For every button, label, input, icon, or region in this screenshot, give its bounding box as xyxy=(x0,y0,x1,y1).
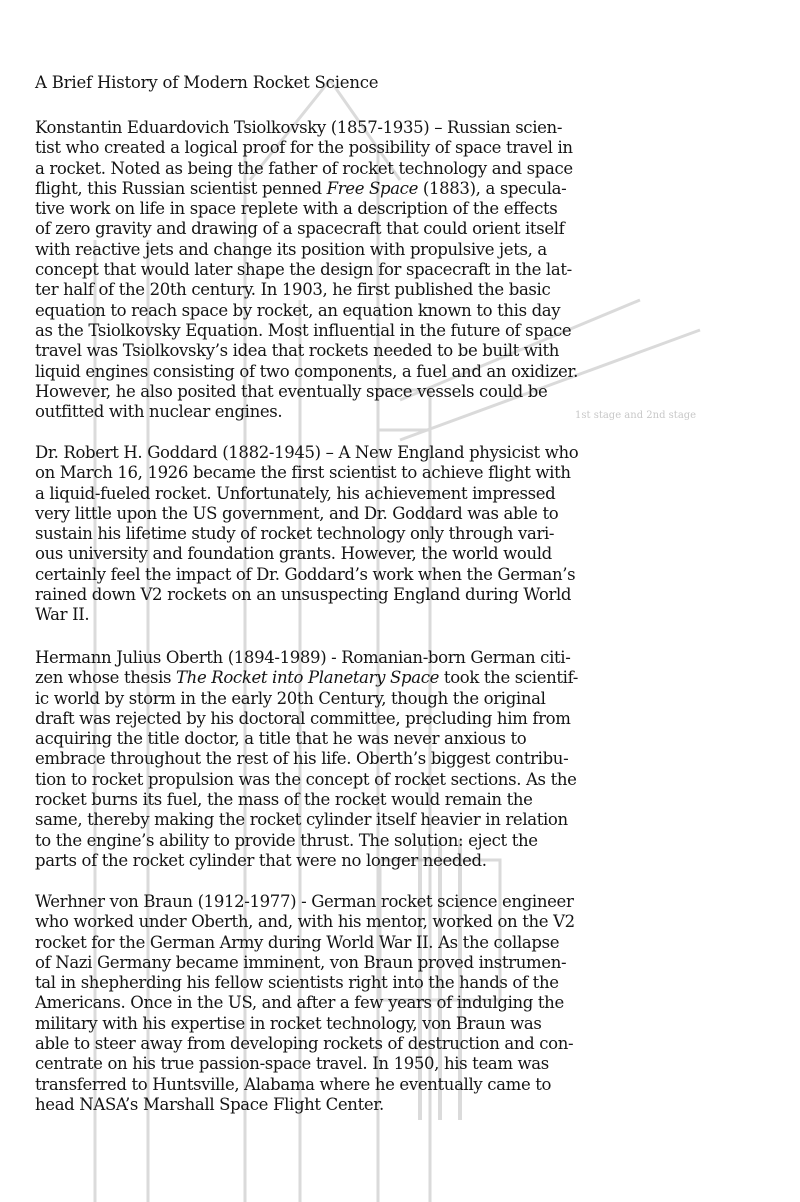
paragraph-line: who worked under Oberth, and, with his m… xyxy=(35,912,775,932)
paragraph-line: Werhner von Braun (1912-1977) - German r… xyxy=(35,892,775,912)
paragraph-line: draft was rejected by his doctoral commi… xyxy=(35,709,775,729)
paragraph-line: zen whose thesis The Rocket into Planeta… xyxy=(35,668,775,688)
paragraph-line: tion to rocket propulsion was the concep… xyxy=(35,770,775,790)
paragraph-line: rocket for the German Army during World … xyxy=(35,933,775,953)
paragraph-line: as the Tsiolkovsky Equation. Most influe… xyxy=(35,321,775,341)
paragraph-line: liquid engines consisting of two compone… xyxy=(35,362,775,382)
paragraph-line: very little upon the US government, and … xyxy=(35,504,775,524)
italic-work-title: The Rocket into Planetary Space xyxy=(176,668,439,687)
paragraph-line: travel was Tsiolkovsky’s idea that rocke… xyxy=(35,341,775,361)
paragraph-line: centrate on his true passion-space trave… xyxy=(35,1054,775,1074)
paragraph-line: tal in shepherding his fellow scientists… xyxy=(35,973,775,993)
paragraph-line: to the engine’s ability to provide thrus… xyxy=(35,831,775,851)
paragraph-line: tist who created a logical proof for the… xyxy=(35,138,775,158)
paragraph-line: sustain his lifetime study of rocket tec… xyxy=(35,524,775,544)
page-title: A Brief History of Modern Rocket Science xyxy=(35,73,378,93)
paragraph-line: tive work on life in space replete with … xyxy=(35,199,775,219)
paragraph-line: equation to reach space by rocket, an eq… xyxy=(35,301,775,321)
paragraph-tsiolkovsky: Konstantin Eduardovich Tsiolkovsky (1857… xyxy=(35,118,775,422)
paragraph-line: ous university and foundation grants. Ho… xyxy=(35,544,775,564)
paragraph-line: War II. xyxy=(35,605,775,625)
paragraph-line: Dr. Robert H. Goddard (1882-1945) – A Ne… xyxy=(35,443,775,463)
paragraph-line: certainly feel the impact of Dr. Goddard… xyxy=(35,565,775,585)
paragraph-goddard: Dr. Robert H. Goddard (1882-1945) – A Ne… xyxy=(35,443,775,626)
paragraph-line: ter half of the 20th century. In 1903, h… xyxy=(35,280,775,300)
paragraph-line: embrace throughout the rest of his life.… xyxy=(35,749,775,769)
paragraph-line: rained down V2 rockets on an unsuspectin… xyxy=(35,585,775,605)
paragraph-line: head NASA’s Marshall Space Flight Center… xyxy=(35,1095,775,1115)
paragraph-line: concept that would later shape the desig… xyxy=(35,260,775,280)
paragraph-line: a rocket. Noted as being the father of r… xyxy=(35,159,775,179)
paragraph-line: rocket burns its fuel, the mass of the r… xyxy=(35,790,775,810)
paragraph-line: parts of the rocket cylinder that were n… xyxy=(35,851,775,871)
paragraph-line: However, he also posited that eventually… xyxy=(35,382,775,402)
paragraph-line: Konstantin Eduardovich Tsiolkovsky (1857… xyxy=(35,118,775,138)
paragraph-line: flight, this Russian scientist penned Fr… xyxy=(35,179,775,199)
paragraph-line: Americans. Once in the US, and after a f… xyxy=(35,993,775,1013)
paragraph-line: outfitted with nuclear engines. xyxy=(35,402,775,422)
paragraph-line: able to steer away from developing rocke… xyxy=(35,1034,775,1054)
paragraph-von-braun: Werhner von Braun (1912-1977) - German r… xyxy=(35,892,775,1115)
paragraph-line: same, thereby making the rocket cylinder… xyxy=(35,810,775,830)
paragraph-line: a liquid-fueled rocket. Unfortunately, h… xyxy=(35,484,775,504)
paragraph-line: military with his expertise in rocket te… xyxy=(35,1014,775,1034)
paragraph-line: acquiring the title doctor, a title that… xyxy=(35,729,775,749)
paragraph-oberth: Hermann Julius Oberth (1894-1989) - Roma… xyxy=(35,648,775,871)
paragraph-line: ic world by storm in the early 20th Cent… xyxy=(35,689,775,709)
paragraph-line: with reactive jets and change its positi… xyxy=(35,240,775,260)
paragraph-line: of Nazi Germany became imminent, von Bra… xyxy=(35,953,775,973)
italic-work-title: Free Space xyxy=(327,179,418,198)
paragraph-line: transferred to Huntsville, Alabama where… xyxy=(35,1075,775,1095)
paragraph-line: of zero gravity and drawing of a spacecr… xyxy=(35,219,775,239)
paragraph-line: Hermann Julius Oberth (1894-1989) - Roma… xyxy=(35,648,775,668)
paragraph-line: on March 16, 1926 became the first scien… xyxy=(35,463,775,483)
